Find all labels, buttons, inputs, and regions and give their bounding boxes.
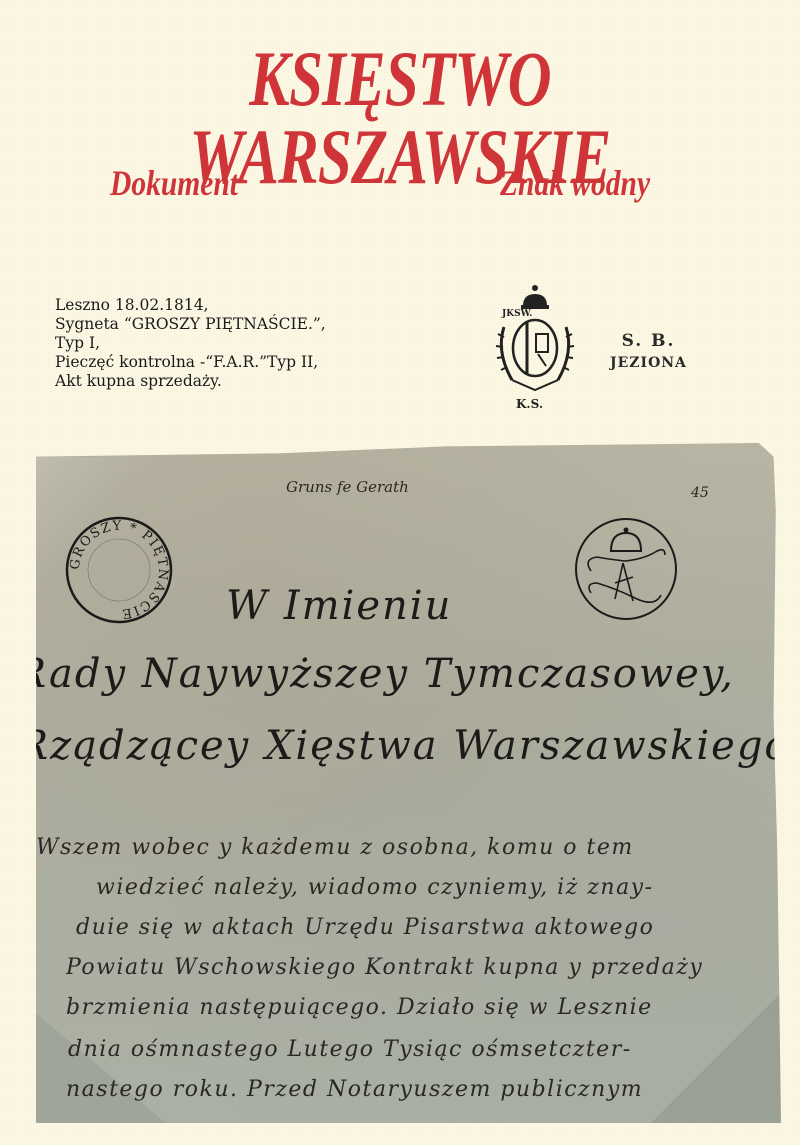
- body-line: duie się w aktach Urzędu Pisarstwa aktow…: [76, 915, 654, 940]
- handwritten-text: Gruns fe Gerath 45 W Imieniu Rady Naywyż…: [36, 443, 781, 1123]
- description-line-deed: Akt kupna sprzedaży.: [55, 372, 326, 391]
- heading-line: Rządzącey Xięstwa Warszawskiego.: [36, 723, 781, 769]
- description-line-control-stamp: Pieczęć kontrolna -“F.A.R.”Typ II,: [55, 353, 326, 372]
- paper-maker-place: JEZIONA: [610, 352, 687, 374]
- watermark-crest-icon: JKSW. K.S.: [490, 282, 580, 412]
- paper-maker-initials: S. B.: [610, 330, 687, 352]
- description-line-type: Typ I,: [55, 334, 326, 353]
- historical-document-image: GROSZY * PIĘTNAŚCIE FAR Gruns fe Gerath …: [36, 443, 781, 1123]
- body-line: nastego roku. Przed Notaryuszem publiczn…: [66, 1077, 643, 1102]
- paper-maker-mark: S. B. JEZIONA: [610, 330, 687, 374]
- svg-text:JKSW.: JKSW.: [501, 309, 532, 319]
- svg-text:K.S.: K.S.: [516, 397, 543, 411]
- body-line: Wszem wobec y każdemu z osobna, komu o t…: [36, 835, 634, 860]
- body-line: dnia ośmnastego Lutego Tysiąc ośmsetczte…: [68, 1037, 632, 1062]
- margin-note: Gruns fe Gerath: [286, 478, 409, 496]
- body-line: Powiatu Wschowskiego Kontrakt kupna y pr…: [66, 955, 703, 980]
- description-line-place-date: Leszno 18.02.1814,: [55, 296, 326, 315]
- description-line-signet: Sygneta “GROSZY PIĘTNAŚCIE.”,: [55, 315, 326, 334]
- body-line: wiedzieć należy, wiadomo czyniemy, iż zn…: [96, 875, 654, 900]
- page-number: 45: [691, 485, 709, 501]
- body-line: brzmienia następuiącego. Działo się w Le…: [66, 995, 653, 1020]
- document-description: Leszno 18.02.1814, Sygneta “GROSZY PIĘTN…: [55, 296, 326, 391]
- watermark-subtitle: Znak wodny: [500, 165, 650, 201]
- heading-line: W Imieniu: [226, 583, 452, 629]
- document-subtitle: Dokument: [110, 165, 238, 201]
- heading-line: Rady Naywyższey Tymczasowey,: [36, 651, 735, 697]
